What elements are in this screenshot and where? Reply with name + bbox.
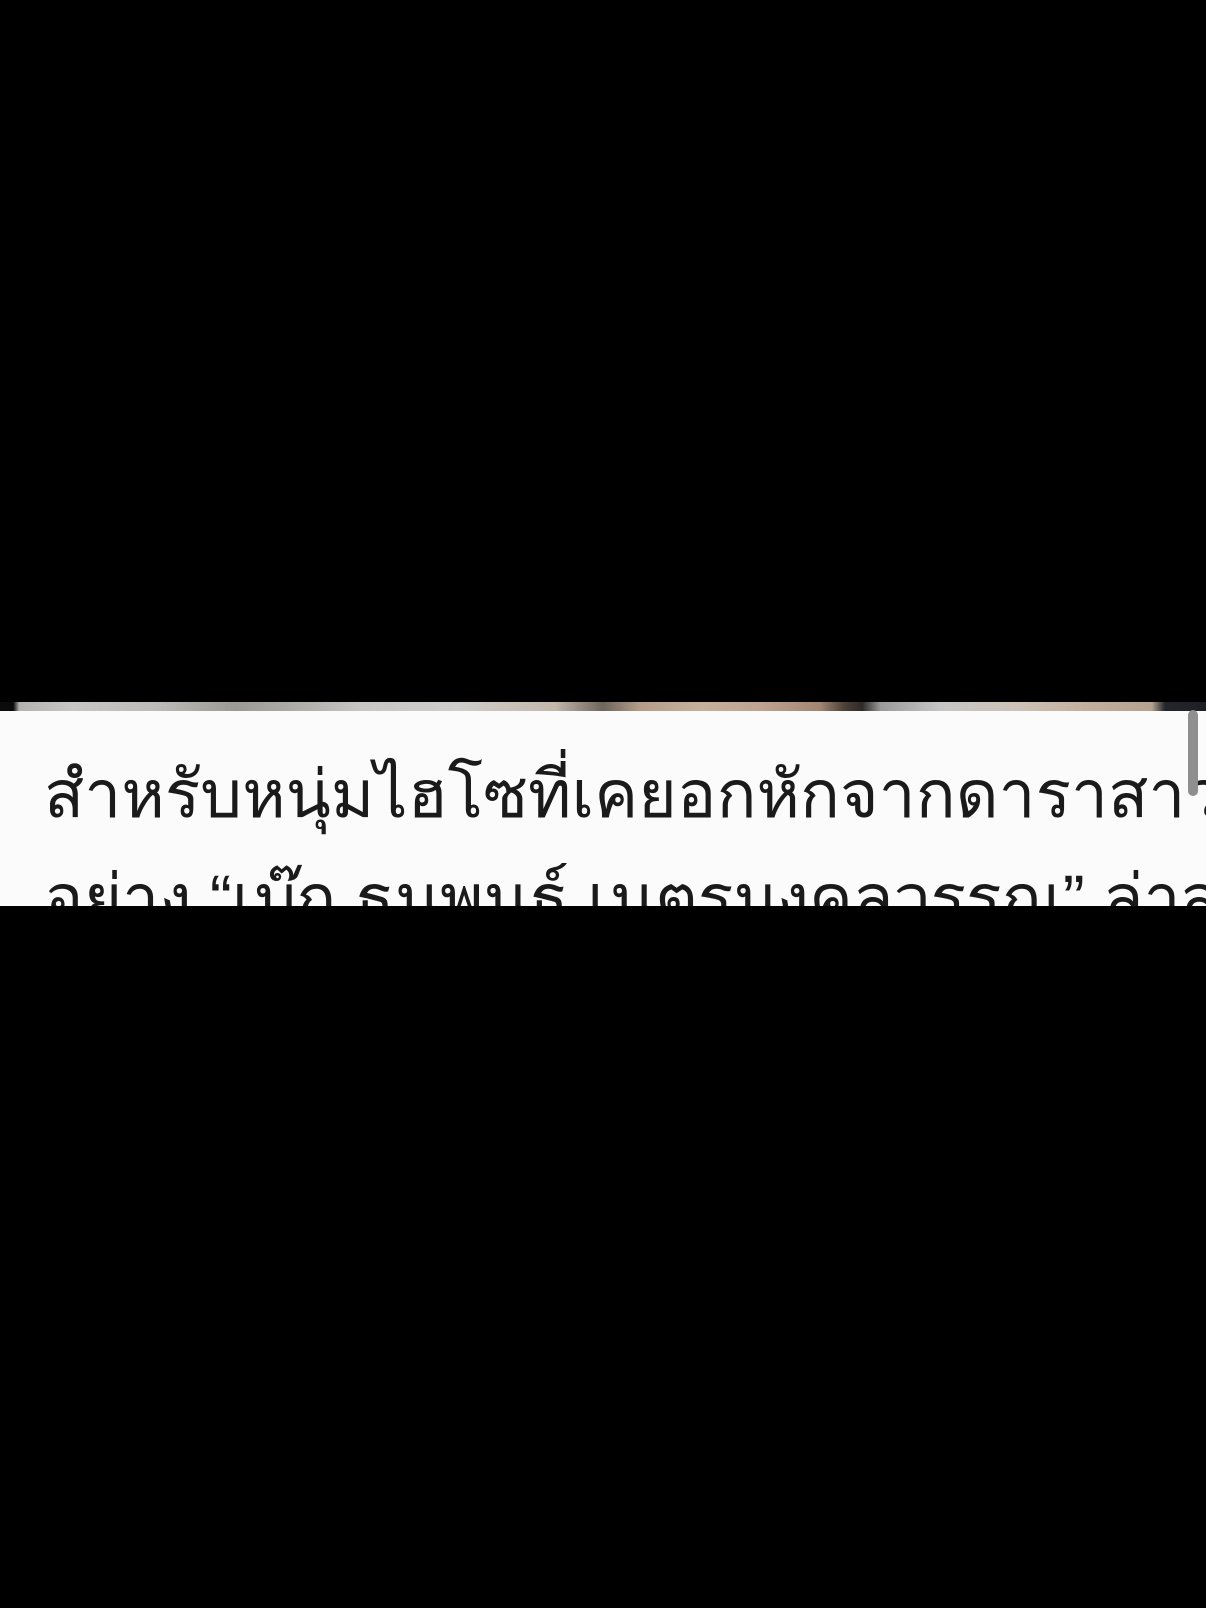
page-background: สำหรับหนุ่มไฮโซที่เคยอกหักจากดาราสาวมาสั… [0, 0, 1206, 1608]
paragraph-line-1: สำหรับหนุ่มไฮโซที่เคยอกหักจากดาราสาวมาสั… [44, 742, 1204, 846]
article-paragraph: สำหรับหนุ่มไฮโซที่เคยอกหักจากดาราสาวมาสั… [44, 742, 1204, 906]
scrollbar-thumb[interactable] [1188, 710, 1198, 796]
article-text-band: สำหรับหนุ่มไฮโซที่เคยอกหักจากดาราสาวมาสั… [0, 702, 1206, 906]
photo-bottom-edge [0, 702, 1206, 711]
paragraph-line-2: อย่าง “เบ๊ก ธนพนธ์ เนตรมงคลวรรณ” ล่าสุด … [44, 846, 1204, 906]
